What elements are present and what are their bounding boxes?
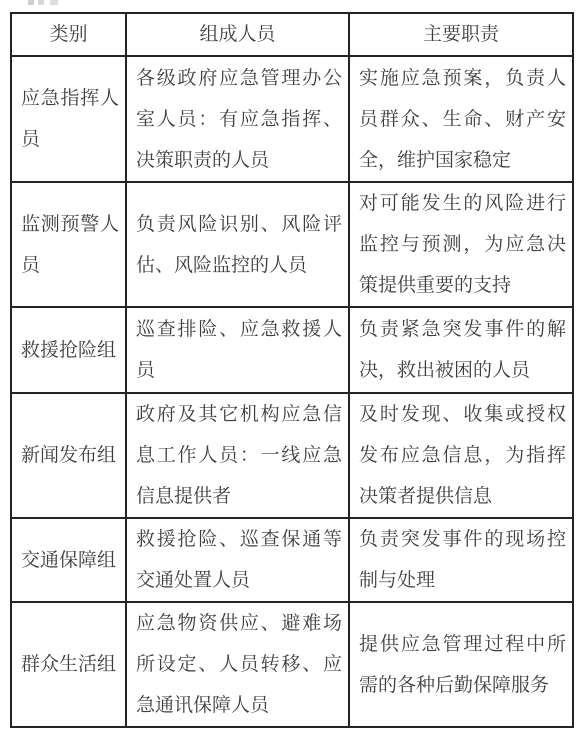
table-row: 应急指挥人员 各级政府应急管理办公室人员：有应急指挥、决策职责的人员 实施应急预… [11,56,573,182]
table-row: 群众生活组 应急物资供应、避难场所设定、人员转移、应急通讯保障人员 提供应急管理… [11,602,573,727]
header-cell-duties: 主要职责 [349,13,573,56]
table-row: 新闻发布组 政府及其它机构应急信息工作人员：一线应急信息提供者 及时发现、收集或… [11,393,573,518]
personnel-duties-table: 类别 组成人员 主要职责 应急指挥人员 各级政府应急管理办公室人员：有应急指挥、… [10,12,574,728]
category-cell: 群众生活组 [11,602,126,727]
table-header-row: 类别 组成人员 主要职责 [11,13,573,56]
category-cell: 交通保障组 [11,518,126,602]
members-cell: 负责风险识别、风险评估、风险监控的人员 [126,182,349,307]
members-cell: 巡查排险、应急救援人员 [126,307,349,393]
duties-cell: 及时发现、收集或授权发布应急信息，为指挥决策者提供信息 [349,393,573,518]
members-cell: 救援抢险、巡查保通等交通处置人员 [126,518,349,602]
table-row: 交通保障组 救援抢险、巡查保通等交通处置人员 负责突发事件的现场控制与处理 [11,518,573,602]
table-row: 救援抢险组 巡查排险、应急救援人员 负责紧急突发事件的解决，救出被困的人员 [11,307,573,393]
table-row: 监测预警人员 负责风险识别、风险评估、风险监控的人员 对可能发生的风险进行监控与… [11,182,573,307]
duties-cell: 提供应急管理过程中所需的各种后勤保障服务 [349,602,573,727]
category-cell: 监测预警人员 [11,182,126,307]
members-cell: 应急物资供应、避难场所设定、人员转移、应急通讯保障人员 [126,602,349,727]
duties-cell: 实施应急预案，负责人员群众、生命、财产安全，维护国家稳定 [349,56,573,182]
duties-cell: 负责突发事件的现场控制与处理 [349,518,573,602]
duties-cell: 负责紧急突发事件的解决，救出被困的人员 [349,307,573,393]
category-cell: 新闻发布组 [11,393,126,518]
duties-cell: 对可能发生的风险进行监控与预测，为应急决策提供重要的支持 [349,182,573,307]
category-cell: 应急指挥人员 [11,56,126,182]
members-cell: 政府及其它机构应急信息工作人员：一线应急信息提供者 [126,393,349,518]
cropped-text-artifact [28,0,66,5]
members-cell: 各级政府应急管理办公室人员：有应急指挥、决策职责的人员 [126,56,349,182]
category-cell: 救援抢险组 [11,307,126,393]
header-cell-category: 类别 [11,13,126,56]
header-cell-members: 组成人员 [126,13,349,56]
